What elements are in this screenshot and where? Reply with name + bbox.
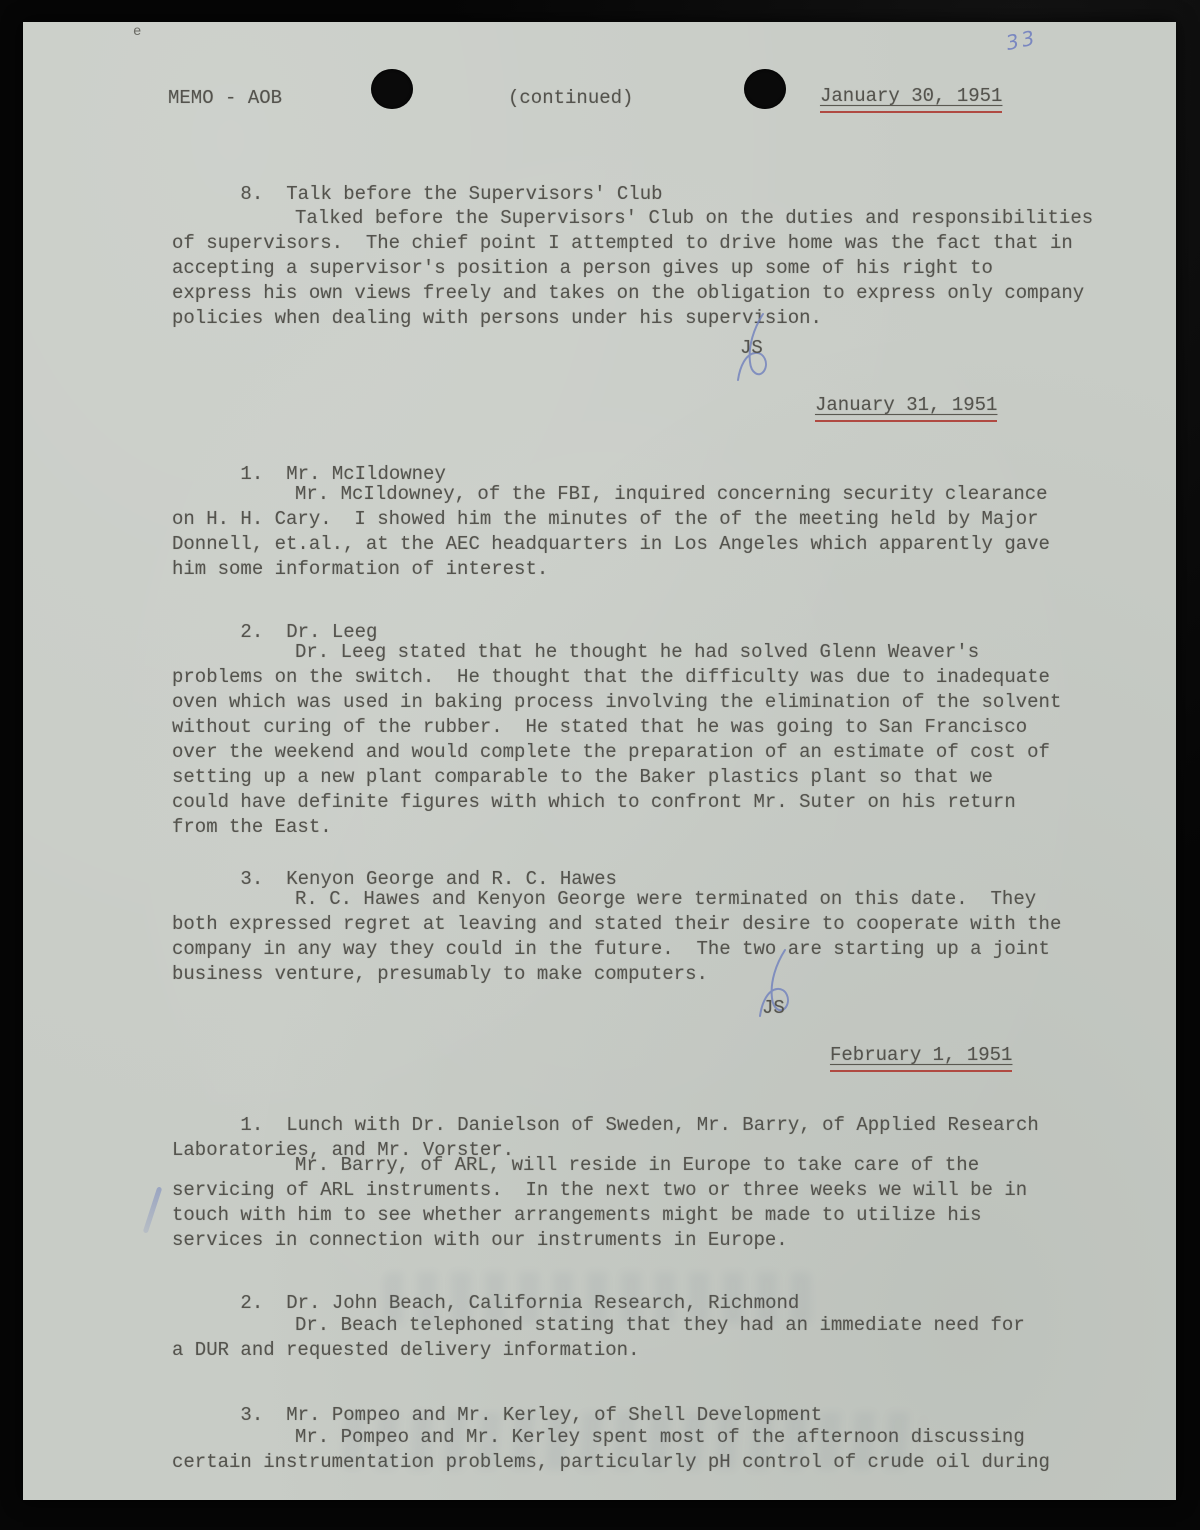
date-heading-feb1: February 1, 1951 — [830, 1043, 1012, 1072]
punch-hole-right — [744, 69, 786, 109]
date-heading-jan31: January 31, 1951 — [815, 393, 997, 422]
scan-background: e 33 MEMO - AOB (continued) January 30, … — [0, 0, 1200, 1530]
corner-mark: e — [133, 24, 141, 40]
item-number: 1. — [240, 1114, 263, 1136]
memo-title: MEMO - AOB — [168, 86, 282, 111]
item-number: 3. — [240, 1404, 263, 1426]
item-title: Talk before the Supervisors' Club — [286, 183, 662, 205]
item-number: 8. — [240, 183, 263, 205]
typed-initials: JS — [762, 997, 785, 1019]
typed-initials: JS — [740, 337, 763, 359]
blue-margin-mark — [143, 1186, 163, 1233]
item-paragraph: Talked before the Supervisors' Club on t… — [172, 206, 1132, 331]
item-paragraph: Mr. McIldowney, of the FBI, inquired con… — [172, 482, 1132, 582]
item-paragraph: R. C. Hawes and Kenyon George were termi… — [172, 887, 1132, 987]
continued-label: (continued) — [508, 86, 633, 111]
memo-page: e 33 MEMO - AOB (continued) January 30, … — [23, 22, 1176, 1500]
bleed-through-smudge — [383, 1272, 813, 1324]
item-number: 2. — [240, 1292, 263, 1314]
date-heading-jan30: January 30, 1951 — [820, 84, 1002, 113]
punch-hole-left — [371, 69, 413, 109]
handwritten-page-number: 33 — [1004, 25, 1040, 55]
item-paragraph: Mr. Barry, of ARL, will reside in Europe… — [172, 1153, 1132, 1253]
item-paragraph: Dr. Leeg stated that he thought he had s… — [172, 640, 1132, 840]
bleed-through-smudge — [341, 1412, 925, 1470]
